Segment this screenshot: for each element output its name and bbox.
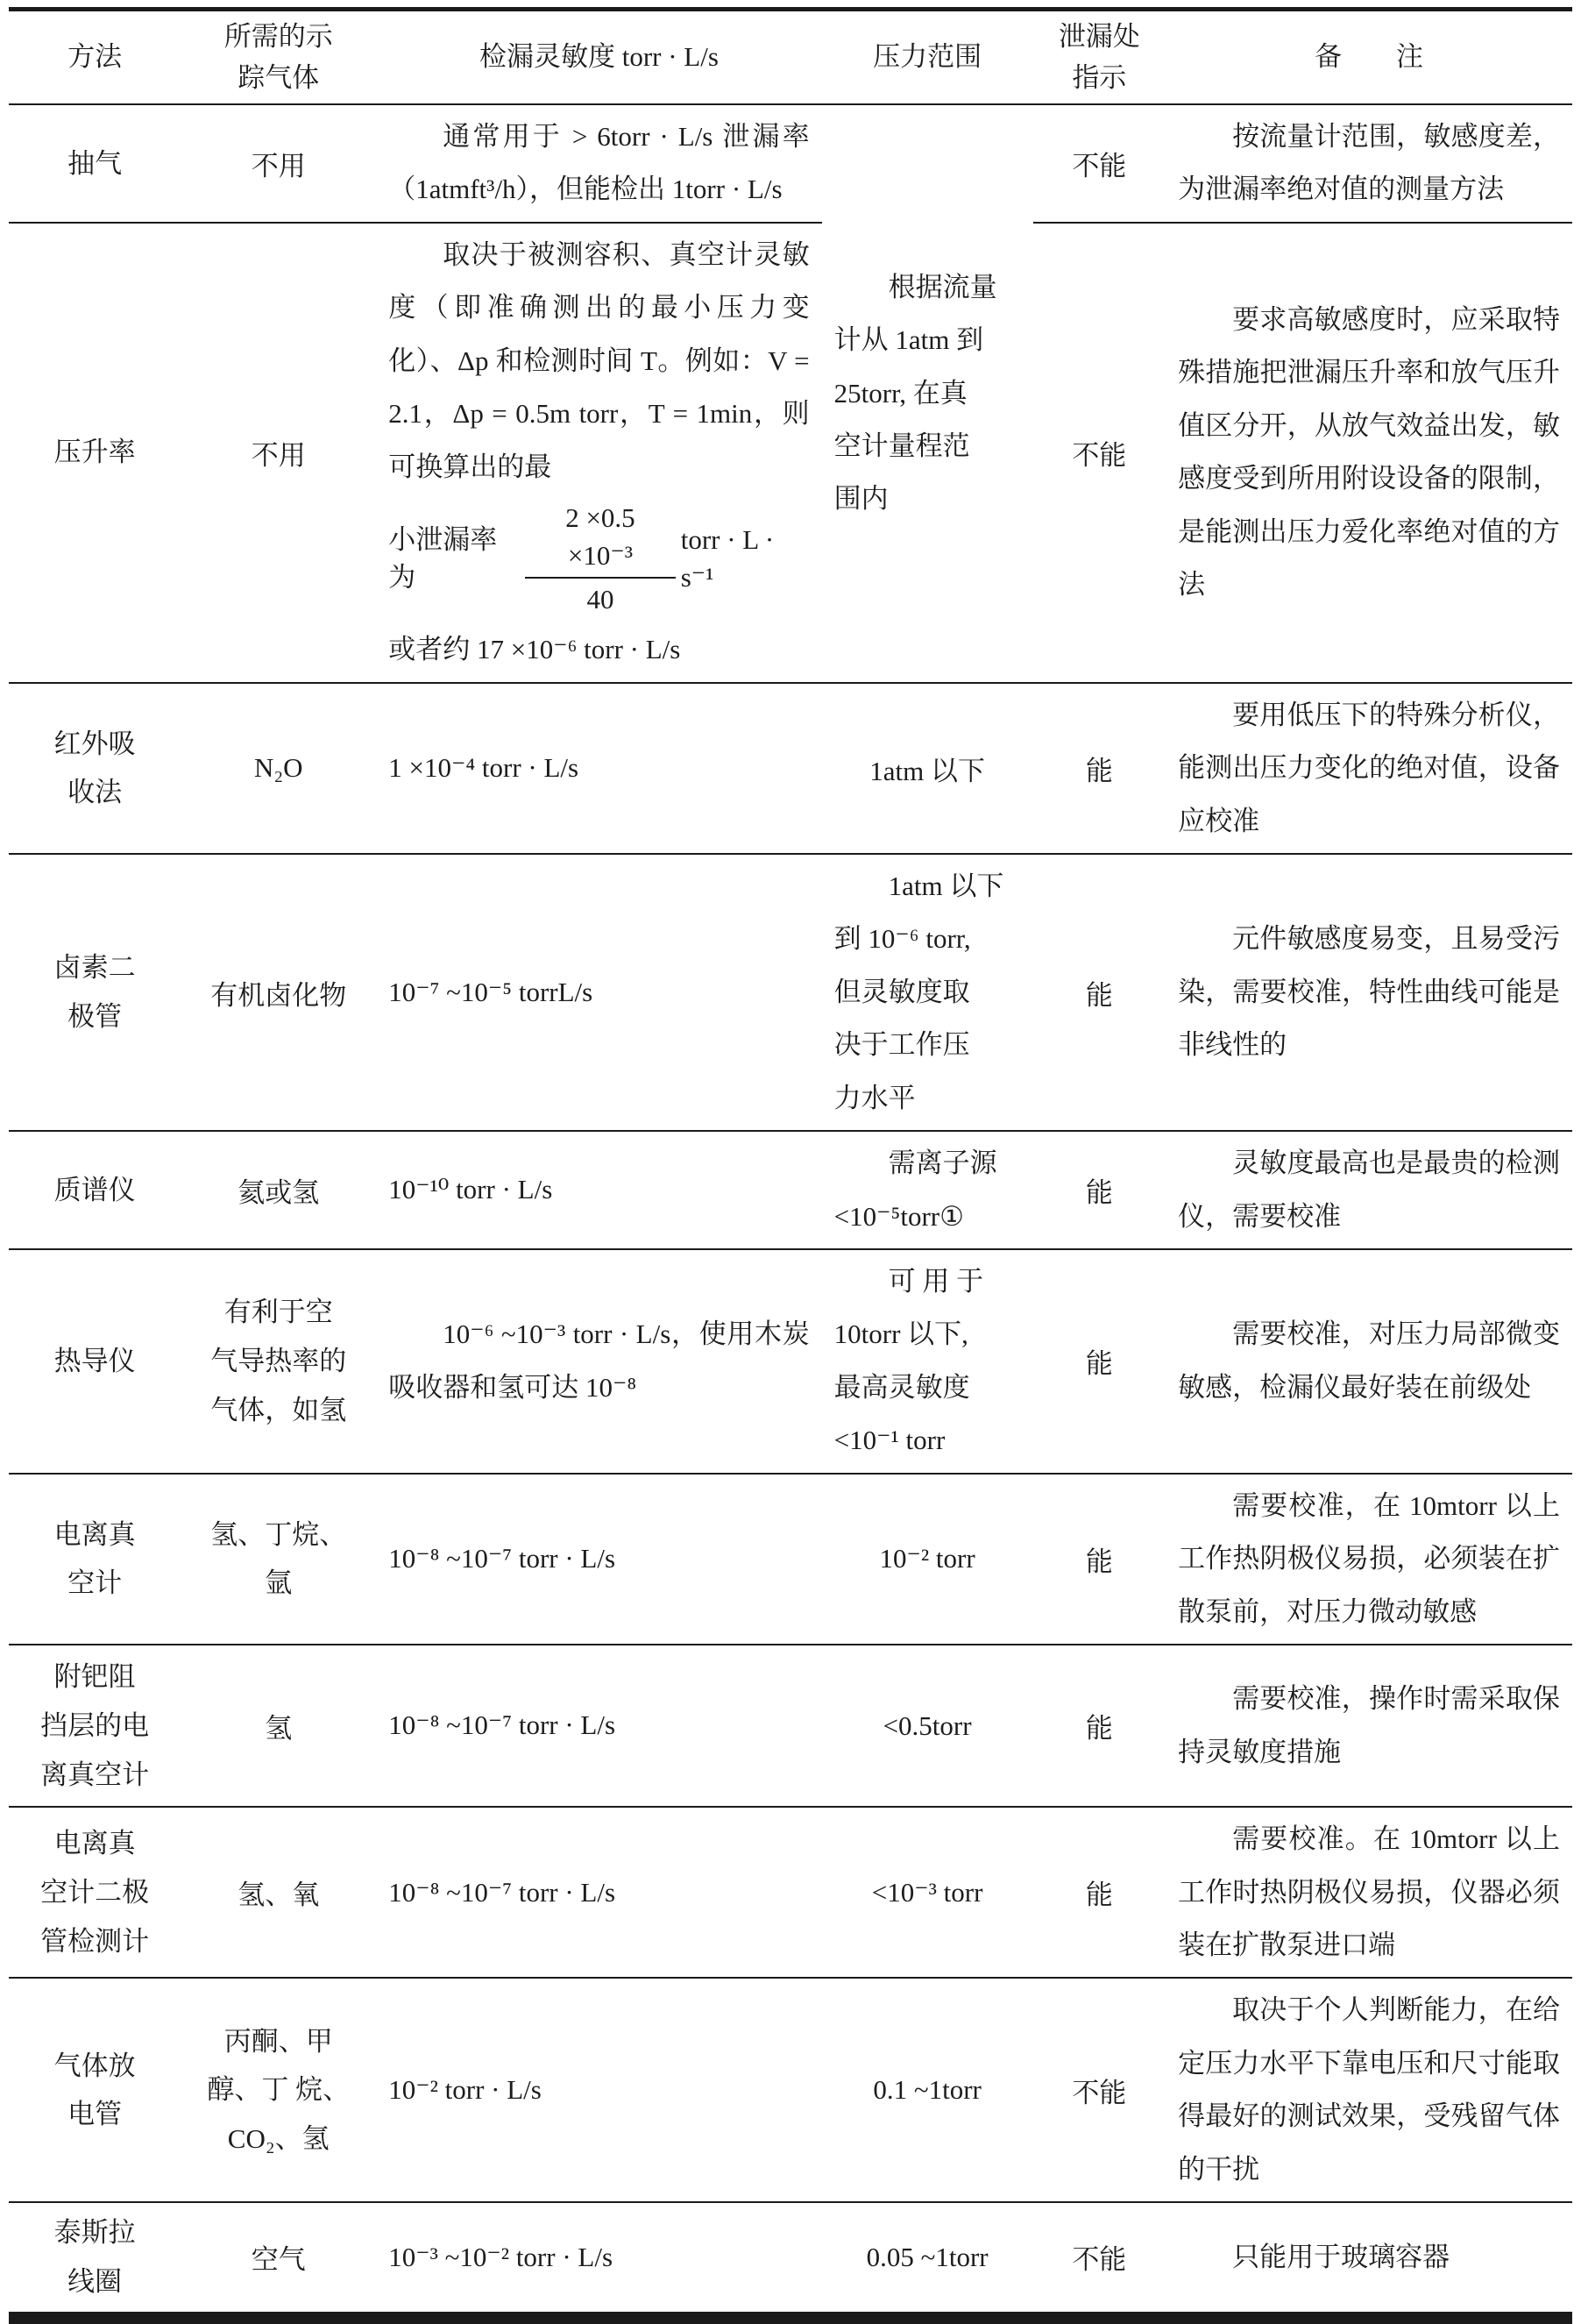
remarks-cell: 要求高敏感度时，应采取特殊措施把泄漏压升率和放气压升值区分开，从放气效益出发，敏…	[1166, 223, 1572, 683]
gas-cell: N₂O	[181, 683, 376, 854]
table-row: 卤素二 极管 有机卤化物 10⁻⁷ ~10⁻⁵ torrL/s 1atm 以下 …	[9, 854, 1572, 1131]
leak-rate-formula: 小泄漏率为 2 ×0.5 ×10⁻³ 40 torr · L · s⁻¹	[388, 499, 809, 618]
gas-cell: 有利于空 气导热率的 气体，如氢	[181, 1249, 376, 1474]
indication-cell: 能	[1033, 1474, 1166, 1645]
header-method: 方法	[9, 10, 181, 105]
indication-cell: 不能	[1033, 223, 1166, 683]
method-cell: 压升率	[9, 223, 181, 683]
method-cell: 热导仪	[9, 1249, 181, 1474]
remarks-cell: 按流量计范围，敏感度差，为泄漏率绝对值的测量方法	[1166, 104, 1572, 223]
table-row: 红外吸 收法 N₂O 1 ×10⁻⁴ torr · L/s 1atm 以下 能 …	[9, 683, 1572, 854]
indication-cell: 能	[1033, 1249, 1166, 1474]
table-row: 电离真 空计 氢、丁烷、 氩 10⁻⁸ ~10⁻⁷ torr · L/s 10⁻…	[9, 1474, 1572, 1645]
gas-cell: 有机卤化物	[181, 854, 376, 1131]
header-tracer-gas: 所需的示 踪气体	[181, 10, 376, 105]
header-remarks: 备 注	[1166, 10, 1572, 105]
method-cell: 电离真 空计	[9, 1474, 181, 1645]
scanned-document-page: 方法 所需的示 踪气体 检漏灵敏度 torr · L/s 压力范围 泄漏处 指示…	[0, 0, 1581, 2124]
sensitivity-cell: 10⁻¹⁰ torr · L/s	[376, 1131, 821, 1249]
header-leak-indication: 泄漏处 指示	[1033, 10, 1166, 105]
sensitivity-cell: 10⁻⁶ ~10⁻³ torr · L/s，使用木炭吸收器和氢可达 10⁻⁸	[376, 1249, 821, 1474]
method-cell: 电离真 空计二极 管检测计	[9, 1807, 181, 1978]
sensitivity-cell: 10⁻⁸ ~10⁻⁷ torr · L/s	[376, 1807, 821, 1978]
sensitivity-cell: 10⁻³ ~10⁻² torr · L/s	[376, 2202, 821, 2318]
gas-cell: 氦或氢	[181, 1131, 376, 1249]
pressure-cell: 可 用 于 10torr 以下, 最高灵敏度 <10⁻¹ torr	[822, 1249, 1033, 1474]
method-cell: 红外吸 收法	[9, 683, 181, 854]
sensitivity-cell: 1 ×10⁻⁴ torr · L/s	[376, 683, 821, 854]
header-pressure-range: 压力范围	[822, 10, 1033, 105]
indication-cell: 不能	[1033, 2202, 1166, 2318]
gas-cell: 氢、丁烷、 氩	[181, 1474, 376, 1645]
formula-fraction: 2 ×0.5 ×10⁻³ 40	[525, 499, 676, 618]
remarks-cell: 要用低压下的特殊分析仪，能测出压力变化的绝对值，设备应校准	[1166, 683, 1572, 854]
remarks-cell: 需要校准，操作时需采取保持灵敏度措施	[1166, 1645, 1572, 1807]
fraction-denominator: 40	[525, 579, 676, 618]
table-row: 压升率 不用 取决于被测容积、真空计灵敏度（即准确测出的最小压力变化）、Δp 和…	[9, 223, 1572, 683]
pressure-cell: 1atm 以下 到 10⁻⁶ torr, 但灵敏度取 决于工作压 力水平	[822, 854, 1033, 1131]
remarks-cell: 需要校准，在 10mtorr 以上工作热阴极仪易损，必须装在扩散泵前，对压力微动…	[1166, 1474, 1572, 1645]
sensitivity-cell: 10⁻⁷ ~10⁻⁵ torrL/s	[376, 854, 821, 1131]
method-cell: 卤素二 极管	[9, 854, 181, 1131]
remarks-cell: 元件敏感度易变，且易受污染，需要校准，特性曲线可能是非线性的	[1166, 854, 1572, 1131]
indication-cell: 不能	[1033, 1978, 1166, 2202]
indication-cell: 能	[1033, 1807, 1166, 1978]
pressure-cell-merged: 根据流量 计从 1atm 到 25torr, 在真 空计量程范 围内	[822, 104, 1033, 683]
table-row: 泰斯拉 线圈 空气 10⁻³ ~10⁻² torr · L/s 0.05 ~1t…	[9, 2202, 1572, 2318]
method-cell: 气体放 电管	[9, 1978, 181, 2202]
indication-cell: 能	[1033, 1131, 1166, 1249]
table-row: 电离真 空计二极 管检测计 氢、氧 10⁻⁸ ~10⁻⁷ torr · L/s …	[9, 1807, 1572, 1978]
table-row: 热导仪 有利于空 气导热率的 气体，如氢 10⁻⁶ ~10⁻³ torr · L…	[9, 1249, 1572, 1474]
table-row: 附钯阻 挡层的电 离真空计 氢 10⁻⁸ ~10⁻⁷ torr · L/s <0…	[9, 1645, 1572, 1807]
formula-text-after: 或者约 17 ×10⁻⁶ torr · L/s	[388, 623, 809, 676]
indication-cell: 能	[1033, 683, 1166, 854]
indication-cell: 不能	[1033, 104, 1166, 223]
remarks-cell: 只能用于玻璃容器	[1166, 2202, 1572, 2318]
sensitivity-cell: 10⁻² torr · L/s	[376, 1978, 821, 2202]
sensitivity-cell: 通常用于 > 6torr · L/s 泄漏率（1atmft³/h），但能检出 1…	[376, 104, 821, 223]
pressure-cell: <0.5torr	[822, 1645, 1033, 1807]
gas-cell: 氢	[181, 1645, 376, 1807]
formula-unit: torr · L · s⁻¹	[681, 521, 810, 597]
method-cell: 附钯阻 挡层的电 离真空计	[9, 1645, 181, 1807]
table-row: 抽气 不用 通常用于 > 6torr · L/s 泄漏率（1atmft³/h），…	[9, 104, 1572, 223]
fraction-numerator: 2 ×0.5 ×10⁻³	[525, 499, 676, 579]
header-sensitivity: 检漏灵敏度 torr · L/s	[376, 10, 821, 105]
sensitivity-cell: 取决于被测容积、真空计灵敏度（即准确测出的最小压力变化）、Δp 和检测时间 T。…	[376, 223, 821, 683]
method-cell: 抽气	[9, 104, 181, 223]
remarks-cell: 灵敏度最高也是最贵的检测仪，需要校准	[1166, 1131, 1572, 1249]
remarks-cell: 需要校准，对压力局部微变敏感，检漏仪最好装在前级处	[1166, 1249, 1572, 1474]
table-row: 质谱仪 氦或氢 10⁻¹⁰ torr · L/s 需离子源 <10⁻⁵torr①…	[9, 1131, 1572, 1249]
sensitivity-cell: 10⁻⁸ ~10⁻⁷ torr · L/s	[376, 1474, 821, 1645]
pressure-cell: 需离子源 <10⁻⁵torr①	[822, 1131, 1033, 1249]
leak-detection-methods-table: 方法 所需的示 踪气体 检漏灵敏度 torr · L/s 压力范围 泄漏处 指示…	[9, 7, 1572, 2324]
gas-cell: 氢、氧	[181, 1807, 376, 1978]
indication-cell: 能	[1033, 1645, 1166, 1807]
gas-cell: 空气	[181, 2202, 376, 2318]
formula-prefix: 小泄漏率为	[388, 521, 520, 597]
method-cell: 质谱仪	[9, 1131, 181, 1249]
formula-text-before: 取决于被测容积、真空计灵敏度（即准确测出的最小压力变化）、Δp 和检测时间 T。…	[388, 229, 809, 494]
pressure-cell: 0.1 ~1torr	[822, 1978, 1033, 2202]
indication-cell: 能	[1033, 854, 1166, 1131]
gas-cell: 不用	[181, 223, 376, 683]
gas-cell: 不用	[181, 104, 376, 223]
pressure-cell: <10⁻³ torr	[822, 1807, 1033, 1978]
header-row: 方法 所需的示 踪气体 检漏灵敏度 torr · L/s 压力范围 泄漏处 指示…	[9, 10, 1572, 105]
method-cell: 泰斯拉 线圈	[9, 2202, 181, 2318]
pressure-cell: 1atm 以下	[822, 683, 1033, 854]
pressure-cell: 0.05 ~1torr	[822, 2202, 1033, 2318]
remarks-cell: 需要校准。在 10mtorr 以上工作时热阴极仪易损，仪器必须装在扩散泵进口端	[1166, 1807, 1572, 1978]
table-row: 气体放 电管 丙酮、甲 醇、丁 烷、 CO₂、氢 10⁻² torr · L/s…	[9, 1978, 1572, 2202]
pressure-cell: 10⁻² torr	[822, 1474, 1033, 1645]
sensitivity-cell: 10⁻⁸ ~10⁻⁷ torr · L/s	[376, 1645, 821, 1807]
remarks-cell: 取决于个人判断能力，在给定压力水平下靠电压和尺寸能取得最好的测试效果，受残留气体…	[1166, 1978, 1572, 2202]
gas-cell: 丙酮、甲 醇、丁 烷、 CO₂、氢	[181, 1978, 376, 2202]
